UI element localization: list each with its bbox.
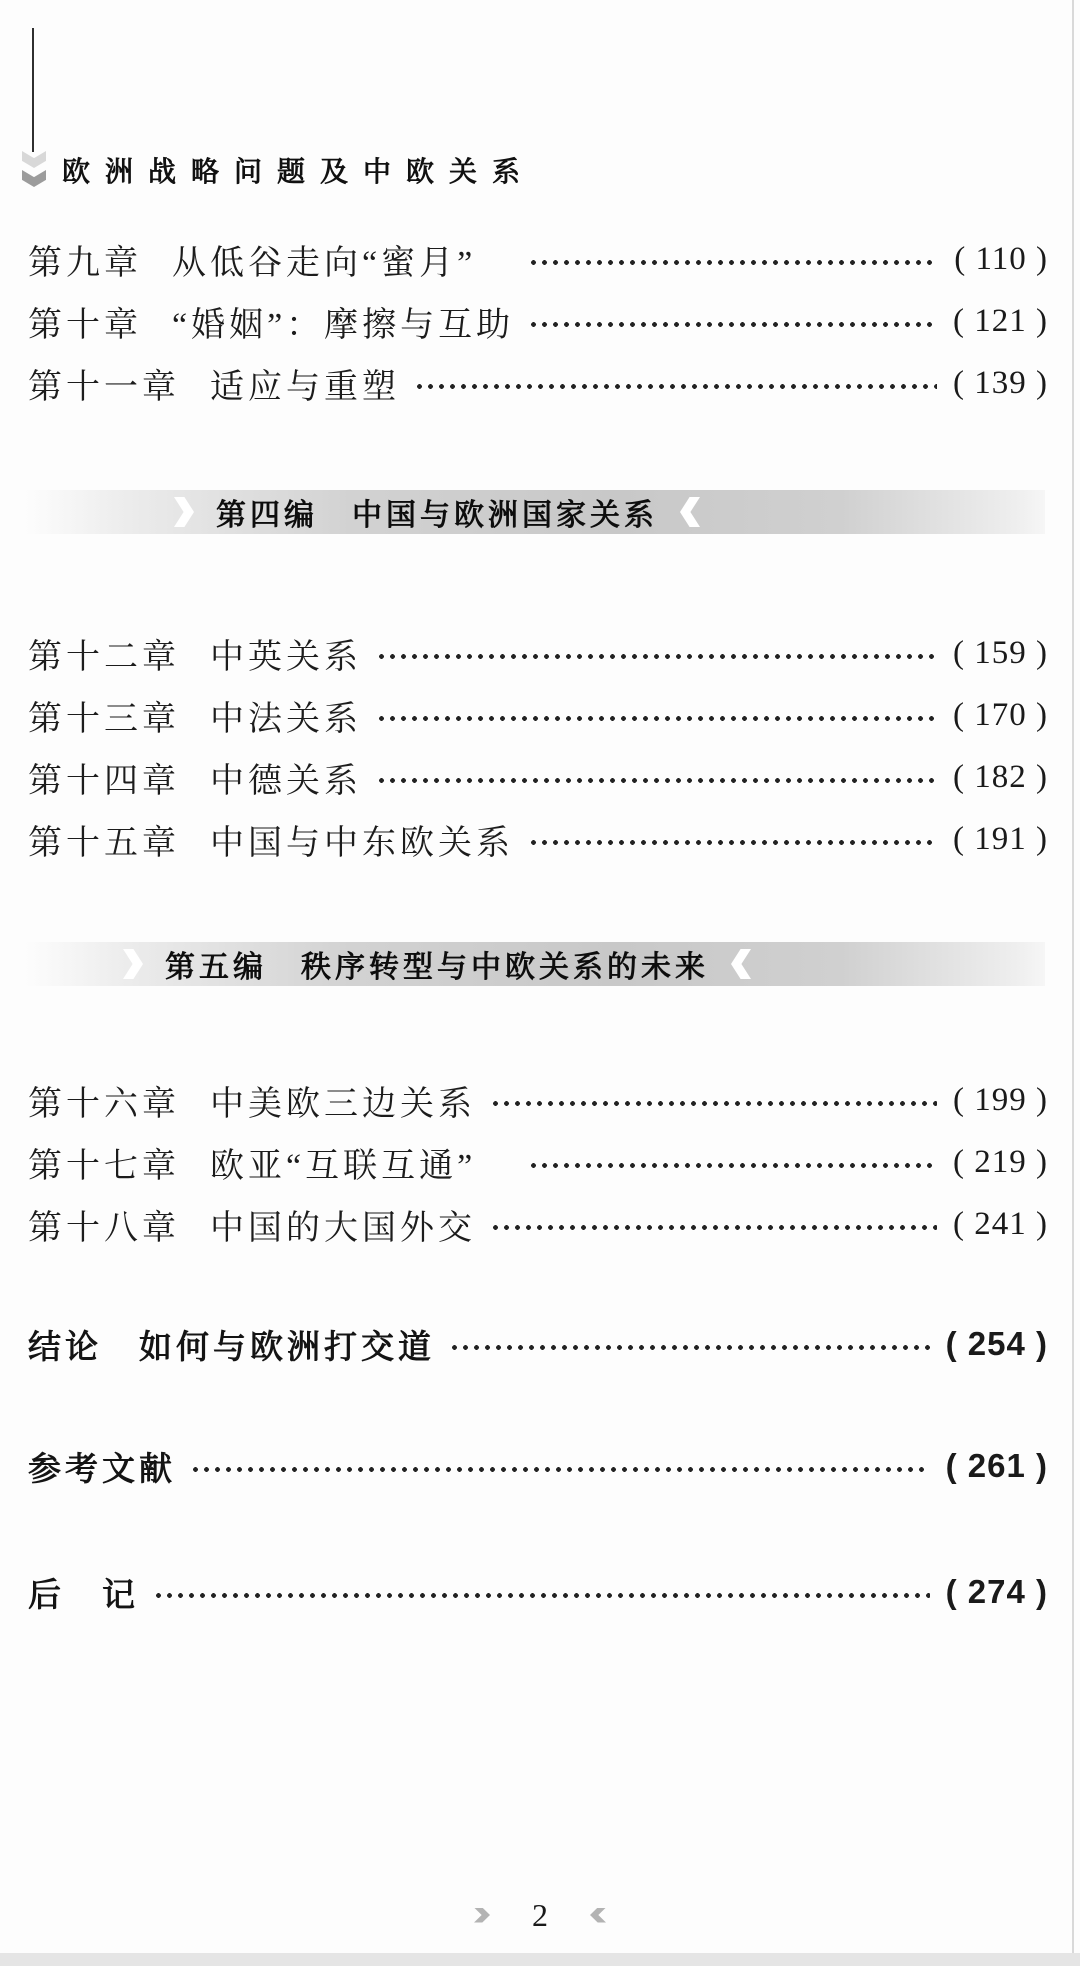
page-number: ( 121 ) (953, 303, 1048, 340)
toc-entry-conclusion: 结论 如何与欧洲打交道 ( 254 ) (28, 1313, 1048, 1375)
toc-entry: 第十一章 适应与重塑 ( 139 ) (28, 352, 1048, 414)
chapter-number: 第十七章 (28, 1138, 180, 1187)
dot-leader (528, 840, 937, 845)
dot-leader (490, 1101, 937, 1106)
page-number: ( 191 ) (953, 821, 1048, 858)
part5-section-banner: 第五编 秩序转型与中欧关系的未来 (25, 942, 1045, 986)
toc-entry-postscript: 后 记 ( 274 ) (28, 1561, 1048, 1623)
bottom-scan-strip (0, 1953, 1080, 1966)
chapter-number: 第十四章 (28, 753, 180, 802)
chapter-title: “婚姻”：摩擦与互助 (172, 297, 514, 346)
page-number: ( 254 ) (946, 1325, 1048, 1363)
chapter-title: 欧亚“互联互通” (210, 1138, 514, 1187)
dot-leader (414, 384, 937, 389)
chapter-number: 第十二章 (28, 629, 180, 678)
chevron-left-icon (680, 497, 700, 527)
page-number: ( 159 ) (953, 635, 1048, 672)
page-edge-line (1072, 0, 1074, 1966)
folio-page-number: 2 (532, 1897, 548, 1934)
dot-leader (376, 654, 937, 659)
chapter-title: 中德关系 (210, 753, 362, 802)
chapter-number: 第十章 (28, 297, 142, 346)
chevron-left-icon (590, 1908, 606, 1923)
page-number: ( 261 ) (946, 1447, 1048, 1485)
part4-section-banner: 第四编 中国与欧洲国家关系 (25, 490, 1045, 534)
toc-group-part4: 第十二章 中英关系 ( 159 ) 第十三章 中法关系 ( 170 ) 第十四章… (28, 622, 1048, 870)
banner-content: 第五编 秩序转型与中欧关系的未来 (123, 942, 751, 986)
chapter-title: 中国与中东欧关系 (210, 815, 514, 864)
chapter-title: 中英关系 (210, 629, 362, 678)
page-number: ( 241 ) (953, 1206, 1048, 1243)
page-number: ( 219 ) (953, 1144, 1048, 1181)
chapter-number: 第十五章 (28, 815, 180, 864)
toc-entry: 第十章 “婚姻”：摩擦与互助 ( 121 ) (28, 290, 1048, 352)
chapter-title: 中国的大国外交 (210, 1200, 476, 1249)
page-number: ( 139 ) (953, 365, 1048, 402)
toc-group-references: 参考文献 ( 261 ) (28, 1435, 1048, 1497)
page-number: ( 199 ) (953, 1082, 1048, 1119)
dot-leader (376, 778, 937, 783)
dot-leader (376, 716, 937, 721)
entry-title: 参考文献 (28, 1443, 176, 1490)
chapter-title: 中法关系 (210, 691, 362, 740)
page-number: ( 182 ) (953, 759, 1048, 796)
part-title: 第四编 中国与欧洲国家关系 (216, 490, 658, 534)
toc-group-part3: 第九章 从低谷走向“蜜月” ( 110 ) 第十章 “婚姻”：摩擦与互助 ( 1… (28, 228, 1048, 414)
dot-leader (528, 260, 938, 265)
toc-entry: 第十三章 中法关系 ( 170 ) (28, 684, 1048, 746)
toc-entry-references: 参考文献 ( 261 ) (28, 1435, 1048, 1497)
toc-group-part5: 第十六章 中美欧三边关系 ( 199 ) 第十七章 欧亚“互联互通” ( 219… (28, 1069, 1048, 1255)
toc-entry: 第十二章 中英关系 ( 159 ) (28, 622, 1048, 684)
dot-leader (528, 1163, 937, 1168)
running-head-book-title: 欧洲战略问题及中欧关系 (62, 150, 535, 190)
dot-leader (153, 1593, 930, 1598)
toc-entry: 第十四章 中德关系 ( 182 ) (28, 746, 1048, 808)
chevron-down-icon (22, 151, 46, 168)
chapter-number: 第十六章 (28, 1076, 180, 1125)
chevron-right-icon (474, 1908, 490, 1923)
entry-title: 后 记 (28, 1569, 139, 1616)
dot-leader (190, 1467, 930, 1472)
entry-title: 结论 如何与欧洲打交道 (28, 1321, 435, 1368)
chevron-right-icon (174, 497, 194, 527)
toc-entry: 第十八章 中国的大国外交 ( 241 ) (28, 1193, 1048, 1255)
toc-entry: 第十六章 中美欧三边关系 ( 199 ) (28, 1069, 1048, 1131)
banner-content: 第四编 中国与欧洲国家关系 (174, 490, 700, 534)
toc-group-backmatter: 结论 如何与欧洲打交道 ( 254 ) (28, 1313, 1048, 1375)
chapter-number: 第十八章 (28, 1200, 180, 1249)
chapter-number: 第十一章 (28, 359, 180, 408)
dot-leader (449, 1345, 930, 1350)
dot-leader (490, 1225, 937, 1230)
part-title: 第五编 秩序转型与中欧关系的未来 (165, 942, 709, 986)
chevron-right-icon (123, 949, 143, 979)
toc-group-postscript: 后 记 ( 274 ) (28, 1561, 1048, 1623)
chapter-number: 第十三章 (28, 691, 180, 740)
chapter-number: 第九章 (28, 235, 142, 284)
dot-leader (528, 322, 937, 327)
chapter-title: 从低谷走向“蜜月” (172, 235, 514, 284)
page-number: ( 170 ) (953, 697, 1048, 734)
page-number: ( 110 ) (954, 241, 1048, 278)
toc-entry: 第九章 从低谷走向“蜜月” ( 110 ) (28, 228, 1048, 290)
page-footer: 2 (0, 1893, 1080, 1937)
toc-entry: 第十五章 中国与中东欧关系 ( 191 ) (28, 808, 1048, 870)
chapter-title: 中美欧三边关系 (210, 1076, 476, 1125)
book-toc-page: 欧洲战略问题及中欧关系 第九章 从低谷走向“蜜月” ( 110 ) 第十章 “婚… (0, 0, 1080, 1966)
chevron-down-icon (22, 170, 46, 187)
header-vertical-rule (32, 28, 34, 152)
page-number: ( 274 ) (946, 1573, 1048, 1611)
toc-entry: 第十七章 欧亚“互联互通” ( 219 ) (28, 1131, 1048, 1193)
chapter-title: 适应与重塑 (210, 359, 400, 408)
chevron-left-icon (731, 949, 751, 979)
